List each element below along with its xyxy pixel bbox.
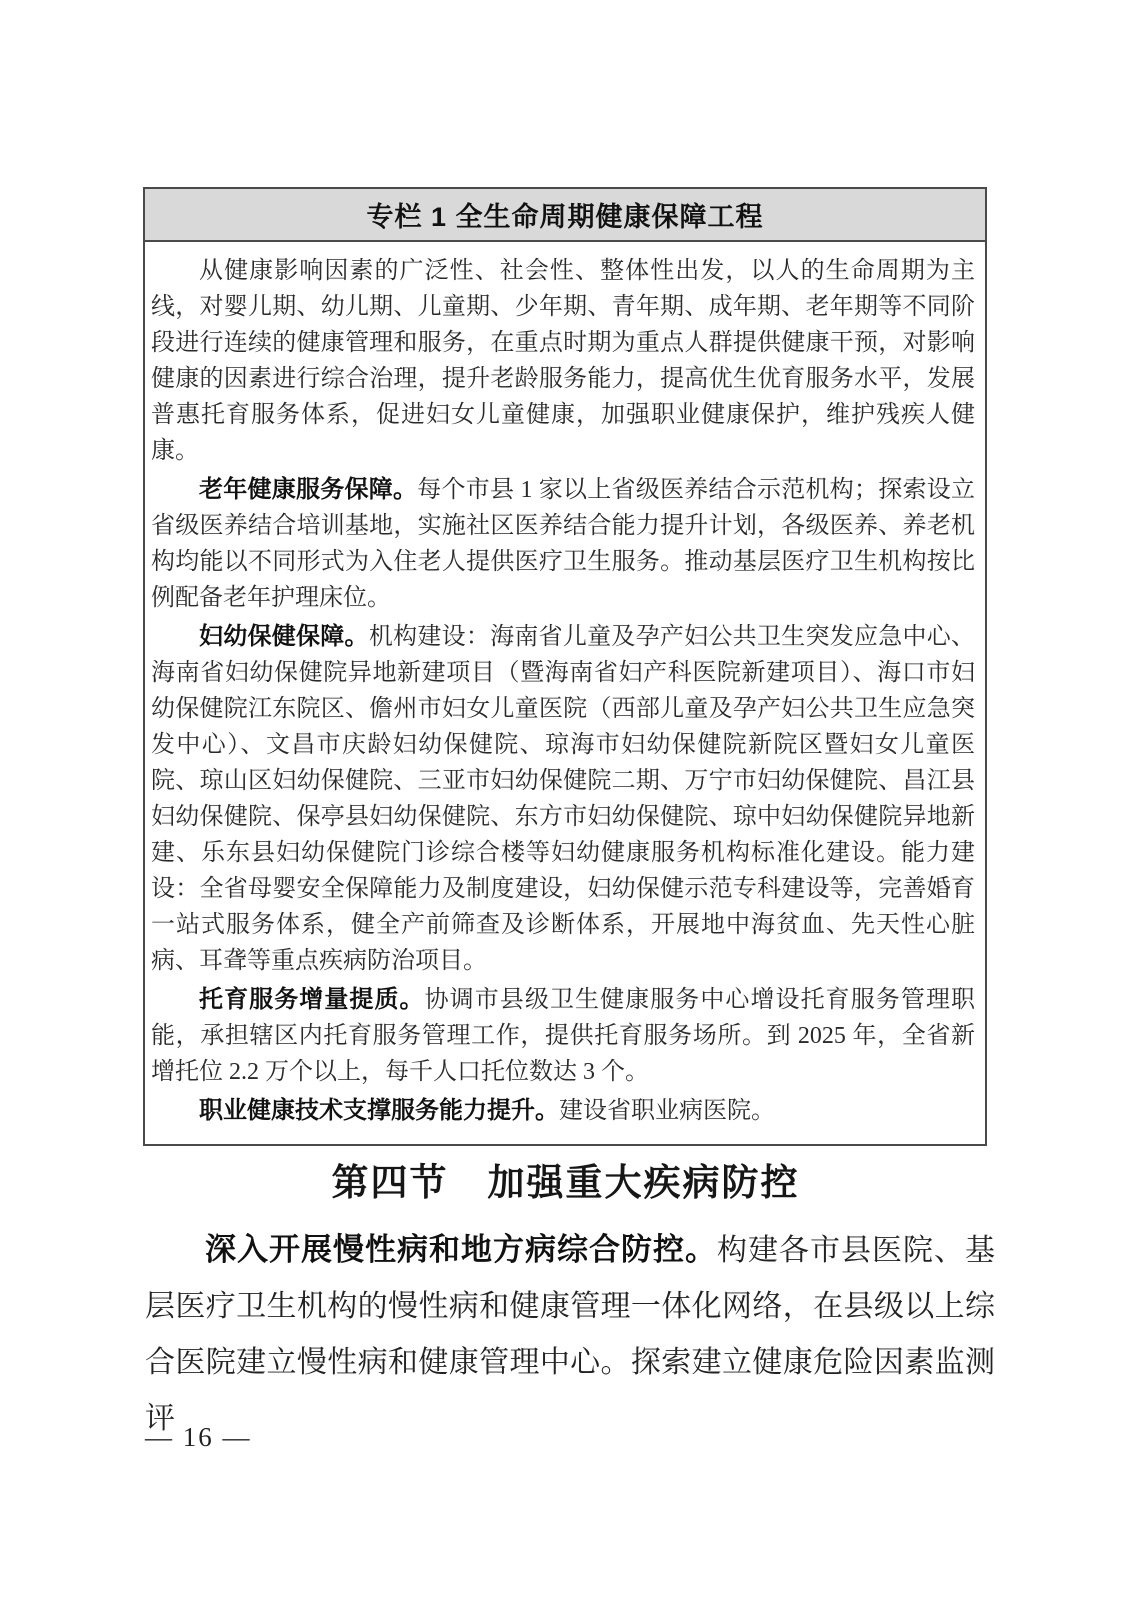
panel-paragraph-childcare-services: 托育服务增量提质。协调市县级卫生健康服务中心增设托育服务管理职能，承担辖区内托育… <box>151 982 975 1090</box>
panel-paragraph-elderly-health: 老年健康服务保障。每个市县 1 家以上省级医养结合示范机构；探索设立省级医养结合… <box>151 472 975 616</box>
paragraph-lead: 托育服务增量提质。 <box>199 986 425 1013</box>
document-page: { "document": { "panel": { "title": "专栏 … <box>0 0 1131 1600</box>
section-heading: 第四节 加强重大疾病防控 <box>0 1152 1131 1206</box>
paragraph-text: 机构建设：海南省儿童及孕产妇公共卫生突发应急中心、海南省妇幼保健院异地新建项目（… <box>151 624 975 974</box>
column-panel: 专栏 1 全生命周期健康保障工程 从健康影响因素的广泛性、社会性、整体性出发，以… <box>143 187 987 1146</box>
panel-paragraph-occupational-health: 职业健康技术支撑服务能力提升。建设省职业病医院。 <box>151 1093 975 1129</box>
paragraph-lead: 妇幼保健保障。 <box>199 623 369 650</box>
paragraph-lead: 深入开展慢性病和地方病综合防控。 <box>205 1232 717 1267</box>
body-paragraph: 深入开展慢性病和地方病综合防控。构建各市县医院、基层医疗卫生机构的慢性病和健康管… <box>145 1222 995 1447</box>
panel-body: 从健康影响因素的广泛性、社会性、整体性出发，以人的生命周期为主线，对婴儿期、幼儿… <box>145 242 985 1144</box>
panel-header: 专栏 1 全生命周期健康保障工程 <box>145 189 985 242</box>
page-number: — 16 — <box>145 1422 252 1453</box>
paragraph-text: 从健康影响因素的广泛性、社会性、整体性出发，以人的生命周期为主线，对婴儿期、幼儿… <box>151 258 975 464</box>
paragraph-lead: 职业健康技术支撑服务能力提升。 <box>199 1097 559 1124</box>
panel-paragraph-maternal-child-care: 妇幼保健保障。机构建设：海南省儿童及孕产妇公共卫生突发应急中心、海南省妇幼保健院… <box>151 619 975 979</box>
paragraph-text: 建设省职业病医院。 <box>559 1098 775 1124</box>
panel-paragraph-overview: 从健康影响因素的广泛性、社会性、整体性出发，以人的生命周期为主线，对婴儿期、幼儿… <box>151 253 975 469</box>
paragraph-lead: 老年健康服务保障。 <box>199 476 417 503</box>
panel-title: 专栏 1 全生命周期健康保障工程 <box>366 195 763 234</box>
